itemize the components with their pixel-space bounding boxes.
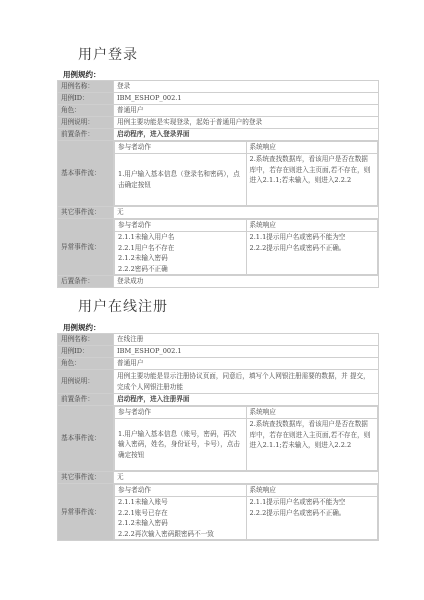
- label-role: 角色：: [58, 358, 114, 370]
- exception-system-steps: 2.1.1提示用户名或密码不能为空 2.2.2提示用户名或密码不正确。: [246, 232, 378, 275]
- header-system-response: 系统响应: [246, 407, 378, 419]
- label-postcondition: 后置条件：: [58, 276, 114, 288]
- use-case-spec-heading: 用例规约：: [63, 69, 101, 80]
- exception-actor-steps: 2.1.1未输入用户名 2.2.1用户名不存在 2.1.2未输入密码 2.2.2…: [115, 232, 247, 275]
- value-precondition: 启动程序，进入登录界面: [114, 129, 379, 141]
- label-precondition: 前置条件：: [58, 129, 114, 141]
- label-use-case-name: 用例名称：: [58, 334, 114, 346]
- exception-system-step: 2.2.2提示用户名或密码不正确。: [250, 508, 375, 519]
- label-basic-flow: 基本事件流：: [58, 141, 114, 207]
- label-other-flow: 其它事件流：: [58, 472, 114, 484]
- use-case-spec-heading: 用例规约：: [63, 322, 101, 333]
- value-description: 用例主要功能是显示注册协议页面，同意后，填写个人网银注册需要的数据，并 提交，完…: [114, 370, 379, 394]
- exception-actor-step: 2.1.1未输入用户名: [118, 232, 243, 243]
- exception-actor-step: 2.2.2再次输入密码跟密码不一致: [118, 529, 243, 540]
- label-precondition: 前置条件：: [58, 394, 114, 406]
- label-role: 角色：: [58, 105, 114, 117]
- header-actor-action: 参与者动作: [115, 485, 247, 497]
- exception-system-step: 2.2.2提示用户名或密码不正确。: [250, 243, 375, 254]
- exception-actor-step: 2.2.2密码不正确: [118, 264, 243, 275]
- basic-system-step: 2.系统查找数据库，看该用户是否在数据库中，若存在则进入主页面,若不存在，则进入…: [246, 419, 378, 471]
- value-use-case-id: IBM_ESHOP_002.1: [114, 346, 379, 358]
- value-other-flow: 无: [114, 207, 379, 219]
- login-use-case-table: 用例名称： 登录 用例ID： IBM_ESHOP_002.1 角色： 普通用户 …: [57, 80, 379, 288]
- basic-actor-step: 1.用户输入基本信息（账号，密码，再次输入密码，姓名，身份证号，卡号），点击确定…: [115, 419, 247, 471]
- basic-flow-table: 参与者动作 系统响应 1.用户输入基本信息（账号，密码，再次输入密码，姓名，身份…: [114, 406, 378, 471]
- register-use-case-table: 用例名称： 在线注册 用例ID： IBM_ESHOP_002.1 角色： 普通用…: [57, 333, 379, 541]
- value-use-case-name: 在线注册: [114, 334, 379, 346]
- label-use-case-id: 用例ID：: [58, 93, 114, 105]
- basic-flow-cell: 参与者动作 系统响应 1.用户输入基本信息（登录名和密码），点击确定按钮 2.系…: [114, 141, 379, 207]
- exception-actor-step: 2.1.2未输入密码: [118, 518, 243, 529]
- value-use-case-name: 登录: [114, 81, 379, 93]
- value-other-flow: 无: [114, 472, 379, 484]
- label-description: 用例说明：: [58, 117, 114, 129]
- header-system-response: 系统响应: [246, 485, 378, 497]
- basic-system-step: 2.系统查找数据库，看该用户是否在数据库中，若存在则进入主页面,若不存在，则进入…: [246, 154, 378, 206]
- exception-system-step: 2.1.1提示用户名或密码不能为空: [250, 232, 375, 243]
- value-role: 普通用户: [114, 105, 379, 117]
- exception-flow-table: 参与者动作 系统响应 2.1.1未输入账号 2.2.1账号已存在 2.1.2未输…: [114, 484, 378, 540]
- section-title-login: 用户登录: [78, 44, 138, 64]
- header-system-response: 系统响应: [246, 220, 378, 232]
- label-other-flow: 其它事件流：: [58, 207, 114, 219]
- exception-actor-step: 2.2.1账号已存在: [118, 508, 243, 519]
- basic-actor-step: 1.用户输入基本信息（登录名和密码），点击确定按钮: [115, 154, 247, 206]
- exception-actor-step: 2.1.1未输入账号: [118, 497, 243, 508]
- value-role: 普通用户: [114, 358, 379, 370]
- exception-flow-table: 参与者动作 系统响应 2.1.1未输入用户名 2.2.1用户名不存在 2.1.2…: [114, 219, 378, 275]
- exception-actor-step: 2.1.2未输入密码: [118, 253, 243, 264]
- value-use-case-id: IBM_ESHOP_002.1: [114, 93, 379, 105]
- basic-flow-table: 参与者动作 系统响应 1.用户输入基本信息（登录名和密码），点击确定按钮 2.系…: [114, 141, 378, 206]
- exception-flow-cell: 参与者动作 系统响应 2.1.1未输入用户名 2.2.1用户名不存在 2.1.2…: [114, 219, 379, 276]
- header-actor-action: 参与者动作: [115, 220, 247, 232]
- label-description: 用例说明：: [58, 370, 114, 394]
- section-title-register: 用户在线注册: [78, 296, 168, 316]
- label-exception-flow: 异常事件流：: [58, 219, 114, 276]
- value-description: 用例主要功能是实现登录，起始于普通用户的登录: [114, 117, 379, 129]
- basic-flow-cell: 参与者动作 系统响应 1.用户输入基本信息（账号，密码，再次输入密码，姓名，身份…: [114, 406, 379, 472]
- header-actor-action: 参与者动作: [115, 407, 247, 419]
- exception-actor-steps: 2.1.1未输入账号 2.2.1账号已存在 2.1.2未输入密码 2.2.2再次…: [115, 497, 247, 540]
- label-use-case-id: 用例ID：: [58, 346, 114, 358]
- label-exception-flow: 异常事件流：: [58, 484, 114, 541]
- exception-system-step: 2.1.1提示用户名或密码不能为空: [250, 497, 375, 508]
- label-use-case-name: 用例名称：: [58, 81, 114, 93]
- exception-system-steps: 2.1.1提示用户名或密码不能为空 2.2.2提示用户名或密码不正确。: [246, 497, 378, 540]
- header-system-response: 系统响应: [246, 142, 378, 154]
- label-basic-flow: 基本事件流：: [58, 406, 114, 472]
- exception-actor-step: 2.2.1用户名不存在: [118, 243, 243, 254]
- exception-flow-cell: 参与者动作 系统响应 2.1.1未输入账号 2.2.1账号已存在 2.1.2未输…: [114, 484, 379, 541]
- header-actor-action: 参与者动作: [115, 142, 247, 154]
- value-precondition: 启动程序，进入注册界面: [114, 394, 379, 406]
- value-postcondition: 登录成功: [114, 276, 379, 288]
